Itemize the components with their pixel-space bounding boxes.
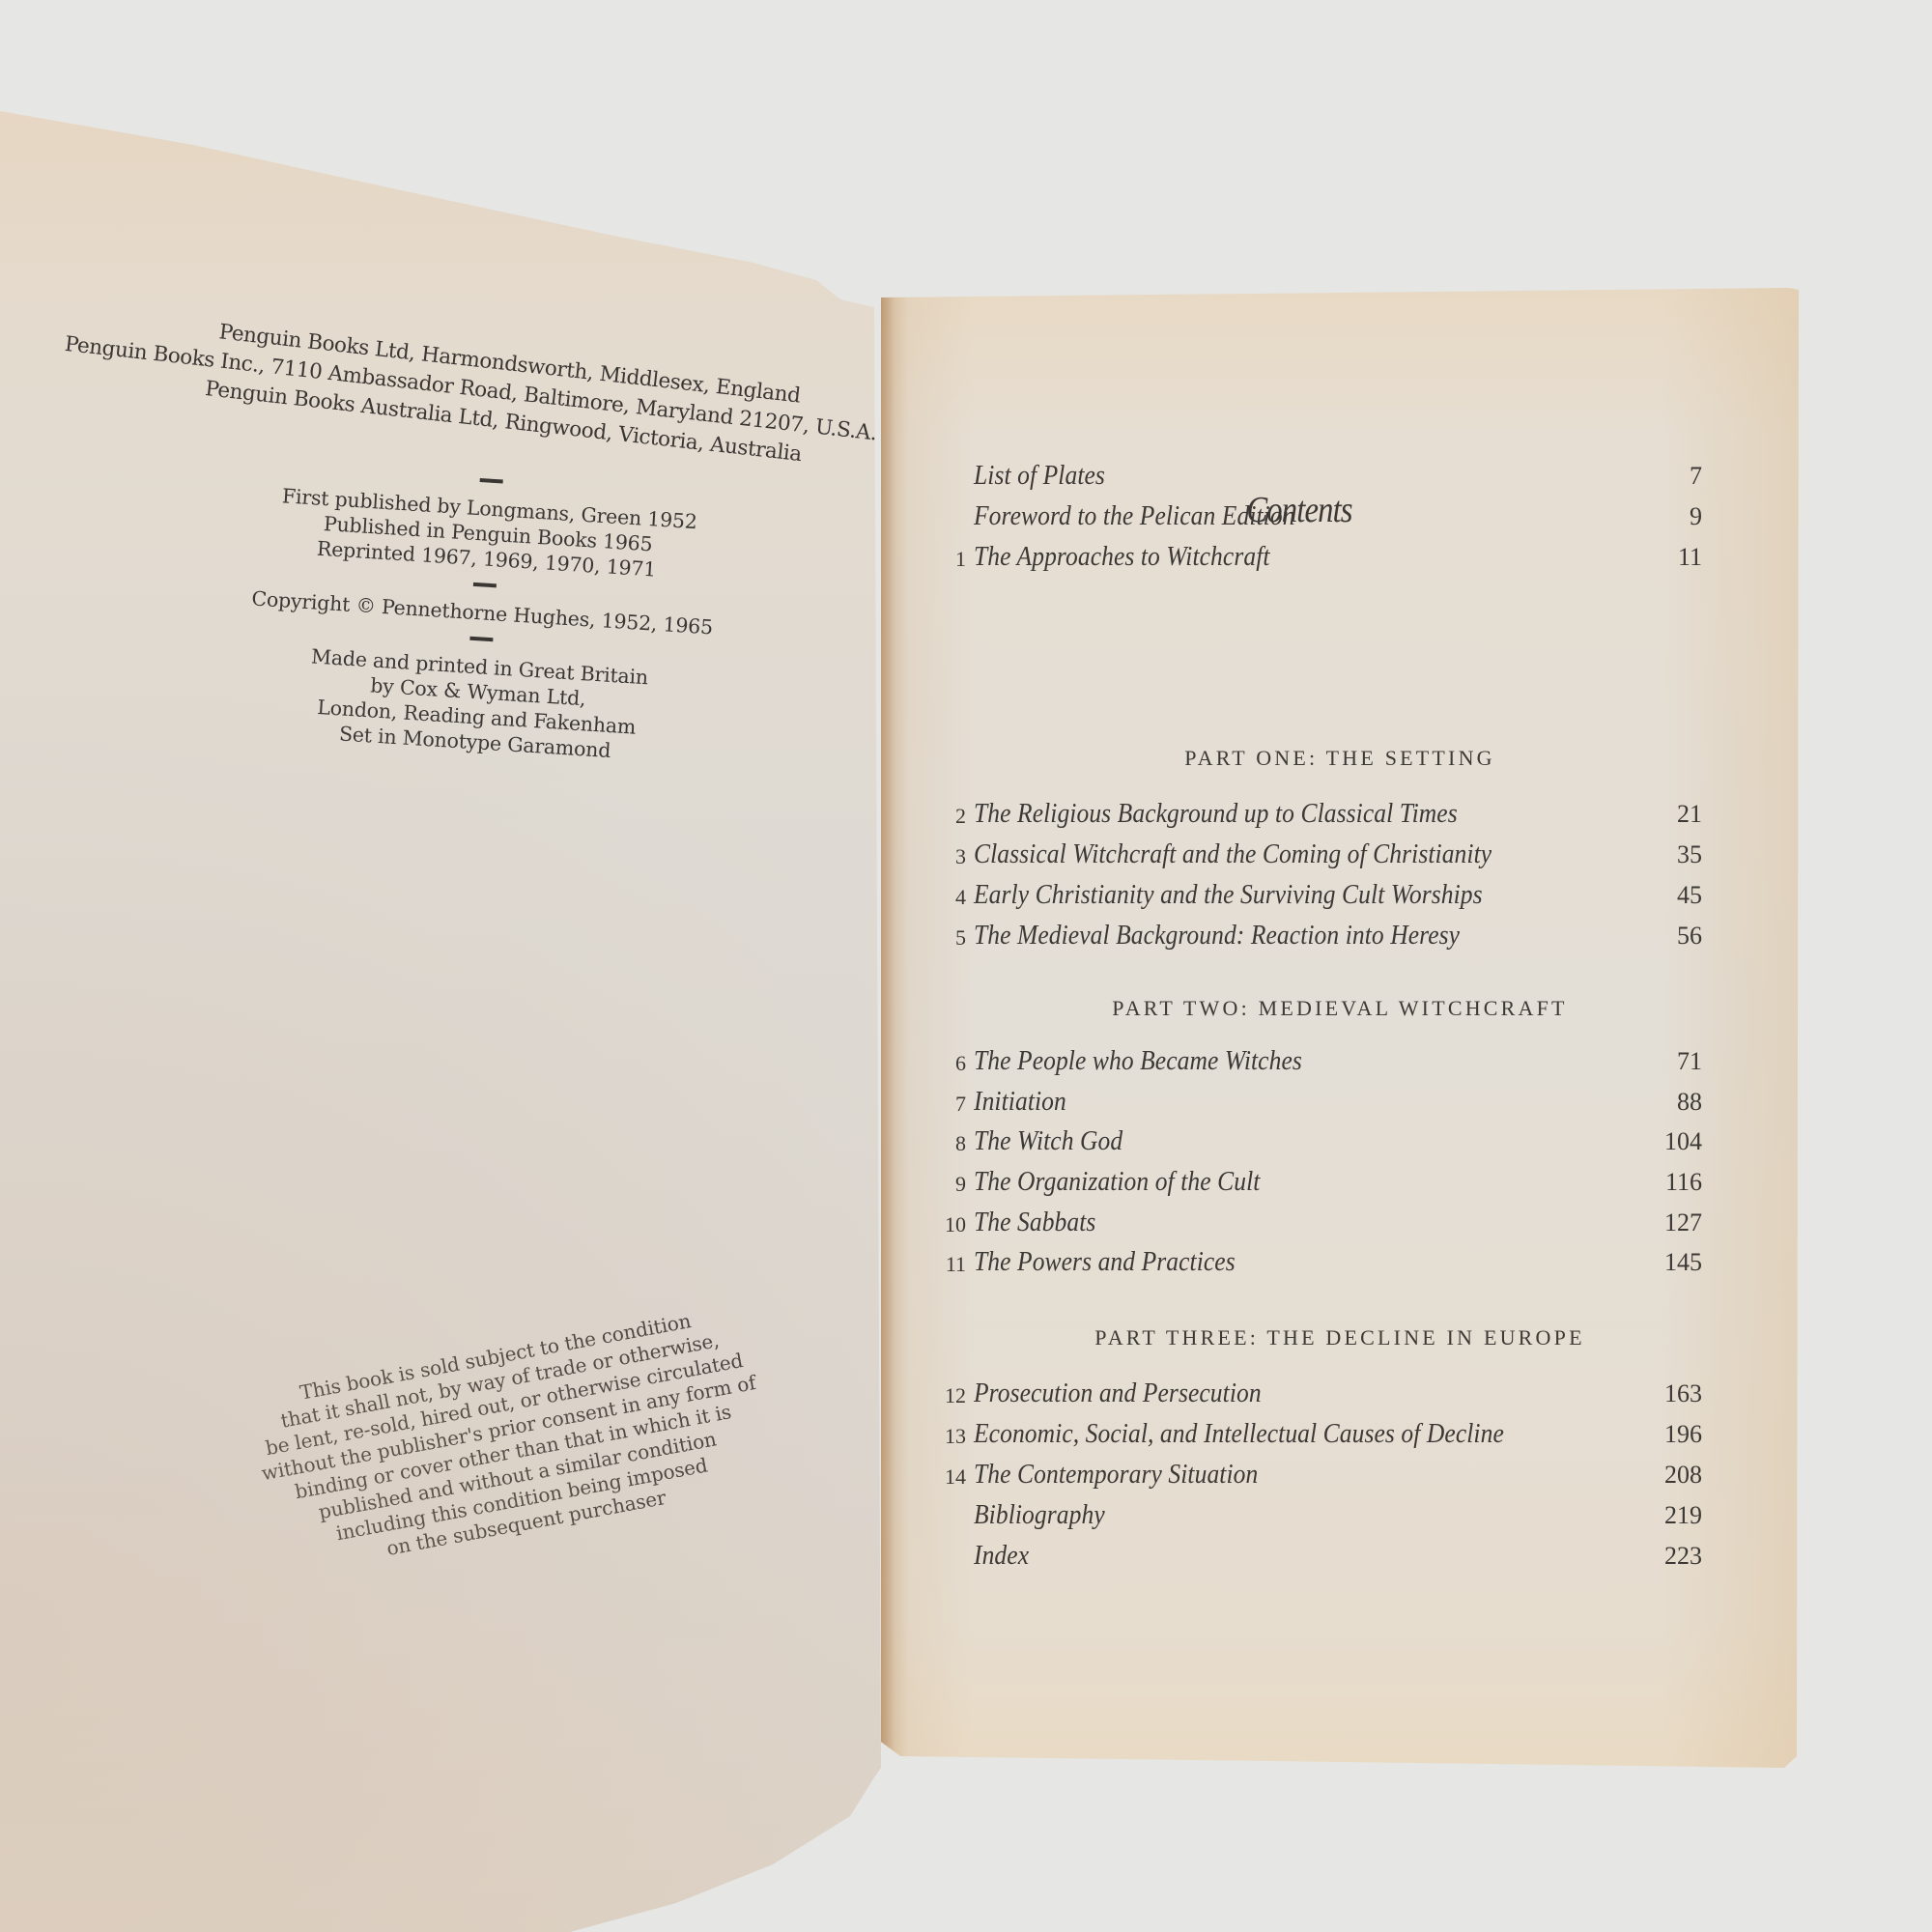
publisher-imprint: Penguin Books Ltd, Harmondsworth, Middle… (60, 301, 838, 472)
toc-entry: 2 The Religious Background up to Classic… (939, 798, 1702, 833)
toc-entry: 12 Prosecution and Persecution 163 (939, 1378, 1702, 1412)
page-number: 196 (1664, 1420, 1702, 1449)
chapter-title: The Contemporary Situation (974, 1459, 1258, 1491)
sale-condition-notice: This book is sold subject to the conditi… (246, 1299, 776, 1580)
divider-dash (473, 582, 497, 587)
toc-entry: 11 The Powers and Practices 145 (939, 1246, 1702, 1281)
chapter-title: Prosecution and Persecution (974, 1378, 1262, 1409)
toc-entry: Foreword to the Pelican Edition 9 (939, 500, 1702, 535)
chapter-title: The Powers and Practices (974, 1246, 1236, 1278)
printer-line: London, Reading and Fakenham (264, 692, 690, 744)
chapter-number: 10 (939, 1212, 966, 1237)
toc-entry: 3 Classical Witchcraft and the Coming of… (939, 838, 1702, 873)
page-number: 116 (1665, 1168, 1702, 1197)
printer-line: Made and printed in Great Britain (267, 641, 693, 694)
part-heading: PART TWO: MEDIEVAL WITCHCRAFT (881, 996, 1799, 1021)
toc-entry: 9 The Organization of the Cult 116 (939, 1166, 1702, 1201)
toc-entry: 1 The Approaches to Witchcraft 11 (939, 541, 1702, 576)
condition-line: on the subsequent purchaser (277, 1465, 776, 1580)
toc-entry: 8 The Witch God 104 (939, 1125, 1702, 1160)
chapter-number: 12 (939, 1383, 966, 1408)
page-number: 163 (1664, 1379, 1702, 1408)
history-line: Reprinted 1967, 1969, 1970, 1971 (273, 533, 699, 585)
condition-line: without the publisher's prior consent in… (260, 1371, 758, 1486)
condition-line: binding or cover other than that in whic… (264, 1395, 762, 1510)
page-number: 56 (1677, 922, 1702, 951)
toc-entry: 6 The People who Became Witches 71 (939, 1045, 1702, 1080)
chapter-number: 8 (939, 1131, 966, 1156)
page-number: 223 (1664, 1542, 1702, 1571)
right-page-contents: Contents List of Plates 7 Foreword to th… (881, 288, 1799, 1768)
chapter-title: Index (974, 1540, 1029, 1572)
condition-line: This book is sold subject to the conditi… (246, 1299, 745, 1414)
chapter-number: 3 (939, 844, 966, 869)
toc-entry: Bibliography 219 (939, 1499, 1702, 1534)
toc-entry: 7 Initiation 88 (939, 1086, 1702, 1121)
page-number: 208 (1664, 1461, 1702, 1490)
imprint-line: Penguin Books Australia Ltd, Ringwood, V… (60, 359, 831, 473)
toc-entry: 4 Early Christianity and the Surviving C… (939, 879, 1702, 914)
chapter-number: 9 (939, 1172, 966, 1197)
chapter-title: The Religious Background up to Classical… (974, 798, 1458, 830)
chapter-title: The Witch God (974, 1125, 1122, 1157)
imprint-line: Penguin Books Inc., 7110 Ambassador Road… (63, 330, 834, 444)
divider-dash (469, 637, 493, 641)
divider-dash (480, 478, 503, 483)
publication-details: First published by Longmans, Green 1952 … (262, 454, 704, 768)
chapter-number: 14 (939, 1464, 966, 1490)
condition-line: published and without a similar conditio… (269, 1418, 767, 1533)
table-of-contents: Contents List of Plates 7 Foreword to th… (881, 288, 1799, 1768)
condition-line: be lent, re-sold, hired out, or otherwis… (255, 1347, 753, 1462)
chapter-number: 6 (939, 1051, 966, 1076)
part-heading: PART ONE: THE SETTING (881, 746, 1799, 771)
chapter-title: The Organization of the Cult (974, 1166, 1260, 1198)
chapter-number: 5 (939, 925, 966, 951)
page-number: 21 (1677, 800, 1702, 829)
toc-entry: Index 223 (939, 1540, 1702, 1575)
page-number: 45 (1677, 881, 1702, 910)
imprint-line: Penguin Books Ltd, Harmondsworth, Middle… (67, 301, 838, 415)
toc-entry: 5 The Medieval Background: Reaction into… (939, 920, 1702, 954)
chapter-number: 11 (939, 1252, 966, 1277)
toc-entry: 13 Economic, Social, and Intellectual Ca… (939, 1418, 1702, 1453)
page-number: 7 (1690, 462, 1702, 491)
history-line: Published in Penguin Books 1965 (275, 508, 701, 560)
chapter-number: 2 (939, 804, 966, 829)
copyright-notice: Copyright © Pennethorne Hughes, 1952, 19… (251, 585, 696, 639)
chapter-number: 4 (939, 885, 966, 910)
page-number: 88 (1677, 1088, 1702, 1117)
page-number: 127 (1664, 1208, 1702, 1237)
chapter-number: 13 (939, 1424, 966, 1449)
chapter-number: 7 (939, 1092, 966, 1117)
chapter-title: The Approaches to Witchcraft (974, 541, 1270, 573)
printer-line: Set in Monotype Garamond (262, 716, 688, 768)
toc-entry: 10 The Sabbats 127 (939, 1207, 1702, 1241)
chapter-title: Initiation (974, 1086, 1066, 1118)
chapter-title: Economic, Social, and Intellectual Cause… (974, 1418, 1504, 1450)
chapter-title: Classical Witchcraft and the Coming of C… (974, 838, 1492, 870)
chapter-title: The Sabbats (974, 1207, 1095, 1238)
page-number: 145 (1664, 1248, 1702, 1277)
page-number: 9 (1690, 502, 1702, 531)
page-number: 104 (1664, 1127, 1702, 1156)
page-number: 71 (1677, 1047, 1702, 1076)
toc-entry: List of Plates 7 (939, 460, 1702, 495)
page-number: 11 (1678, 543, 1702, 572)
history-line: First published by Longmans, Green 1952 (276, 483, 702, 535)
chapter-number: 1 (939, 547, 966, 572)
part-heading: PART THREE: THE DECLINE IN EUROPE (881, 1325, 1799, 1350)
page-number: 35 (1677, 840, 1702, 869)
toc-entry: 14 The Contemporary Situation 208 (939, 1459, 1702, 1493)
printer-line: by Cox & Wyman Ltd, (266, 667, 692, 719)
condition-line: that it shall not, by way of trade or ot… (251, 1323, 750, 1438)
chapter-title: Foreword to the Pelican Edition (974, 500, 1295, 532)
chapter-title: The Medieval Background: Reaction into H… (974, 920, 1460, 952)
chapter-title: Bibliography (974, 1499, 1105, 1531)
chapter-title: List of Plates (974, 460, 1105, 492)
condition-line: including this condition being imposed (272, 1442, 771, 1557)
chapter-title: The People who Became Witches (974, 1045, 1302, 1077)
chapter-title: Early Christianity and the Surviving Cul… (974, 879, 1483, 911)
page-number: 219 (1664, 1501, 1702, 1530)
